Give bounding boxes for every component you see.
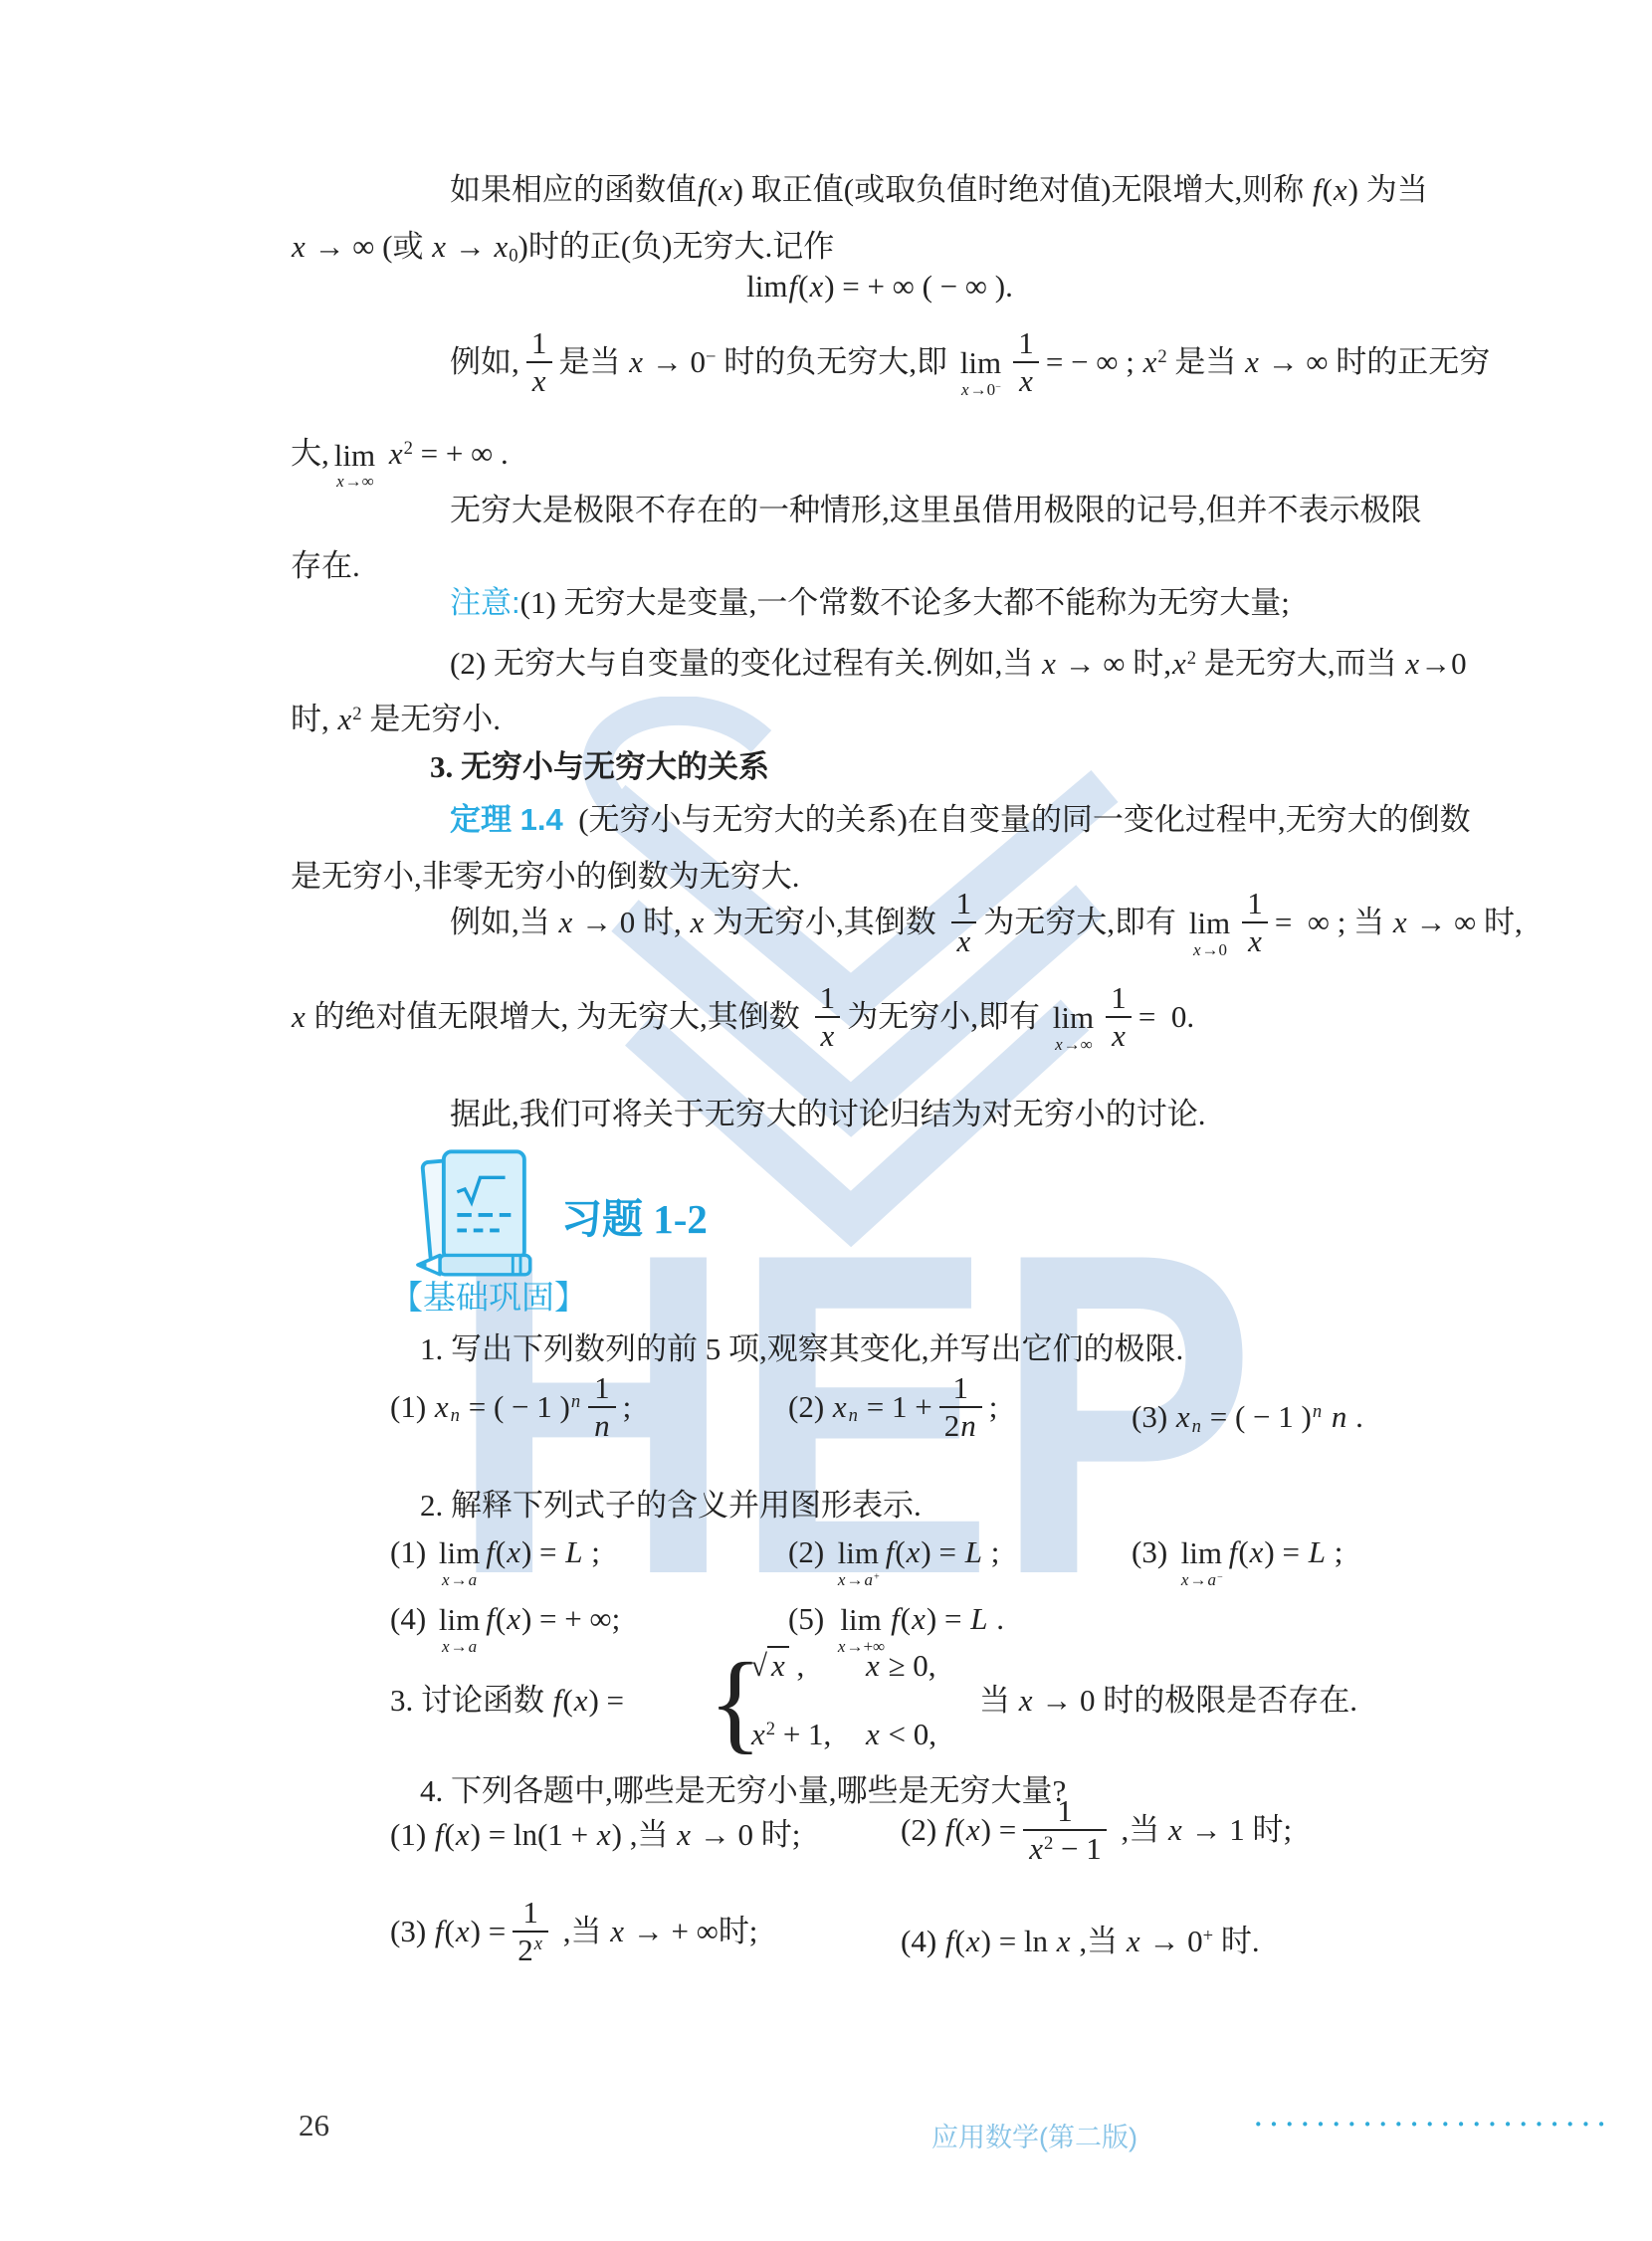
question-item: (4) f(x) = ln x ,当 x → 0+ 时. [901,1914,1260,1964]
footer-book-title: 应用数学(第二版) [931,2116,1137,2154]
question-item: (1) limx→af(x) = L ; [390,1529,600,1590]
question-item: (2) xn = 1 +12n; [788,1373,997,1446]
question-item: (3) f(x) =12x ,当 x → + ∞时; [390,1898,757,1970]
case-condition: x < 0, [865,1715,936,1754]
note-line: 时, x2 是无穷小. [291,692,1469,742]
case-expression: x2 + 1, [750,1710,865,1754]
question-item: (1) xn = ( − 1 )n1n; [390,1373,631,1446]
case-row: x2 + 1, x < 0, [750,1710,936,1754]
question-item: (3) xn = ( − 1 )n n . [1132,1389,1363,1450]
case-expression: √x , [750,1646,865,1686]
textbook-page: HEP 如果相应的函数值f(x) 取正值(或取负值时绝对值)无限增大,则称 f(… [0,0,1652,2241]
page-content: 如果相应的函数值f(x) 取正值(或取负值时绝对值)无限增大,则称 f(x) 为… [291,0,1469,2241]
question-stem-continuation: 当 x → 0 时的极限是否存在. [979,1678,1357,1724]
case-row: √x , x ≥ 0, [750,1646,936,1686]
display-formula: limf(x) = + ∞ ( − ∞ ). [291,264,1529,309]
note-line: (2) 无穷大与自变量的变化过程有关.例如,当 x → ∞ 时,x2 是无穷大,… [291,636,1628,687]
paragraph-line: 大,limx→∞ x2 = + ∞ . [291,426,1469,493]
footer-dotted-rule: ······················· [1254,2112,1612,2138]
paragraph-line: 如果相应的函数值f(x) 取正值(或取负值时绝对值)无限增大,则称 f(x) 为… [291,167,1628,213]
paragraph-line: 据此,我们可将关于无穷大的讨论归结为对无穷小的讨论. [291,1092,1628,1137]
note-line: 注意:(1) 无穷大是变量,一个常数不论多大都不能称为无穷大量; [291,580,1628,626]
exercise-scroll-pencil-icon [413,1140,547,1288]
question-stem: 3. 讨论函数 f(x) = [390,1678,624,1724]
page-number: 26 [299,2108,329,2143]
question-item: (3) limx→a−f(x) = L ; [1132,1529,1342,1590]
question-stem: 2. 解释下列式子的含义并用图形表示. [291,1483,1598,1528]
question-item: (1) f(x) = ln(1 + x) ,当 x → 0 时; [390,1812,800,1858]
section-heading: 3. 无穷小与无穷大的关系 [291,744,1608,790]
cases-rows: √x , x ≥ 0, x2 + 1, x < 0, [750,1646,936,1754]
question-item: (4) limx→af(x) = + ∞; [390,1596,620,1657]
question-item: (2) f(x) =1x2 − 1 ,当 x → 1 时; [901,1796,1292,1869]
exercise-set-title: 习题 1-2 [561,1186,708,1245]
case-condition: x ≥ 0, [865,1646,936,1686]
theorem-line: 定理 1.4 (无穷小与无穷大的关系)在自变量的同一变化过程中,无穷大的倒数 [291,797,1628,843]
paragraph-line: x 的绝对值无限增大, 为无穷大,其倒数 1x为无穷小,即有 limx→∞1x=… [291,983,1469,1056]
basic-practice-label: 【基础巩固】 [390,1272,587,1319]
question-stem: 1. 写出下列数列的前 5 项,观察其变化,并写出它们的极限. [291,1326,1598,1372]
question-item: (2) limx→a+f(x) = L ; [788,1529,999,1590]
icon-front-page [444,1151,524,1259]
paragraph-line: 无穷大是极限不存在的一种情形,这里虽借用极限的记号,但并不表示极限 [291,488,1628,533]
paragraph-line: 例如,1x是当 x → 0− 时的负无穷大,即 limx→0−1x= − ∞ ;… [291,328,1628,401]
paragraph-line: 例如,当 x → 0 时, x 为无穷小,其倒数 1x为无穷大,即有 limx→… [291,889,1628,961]
